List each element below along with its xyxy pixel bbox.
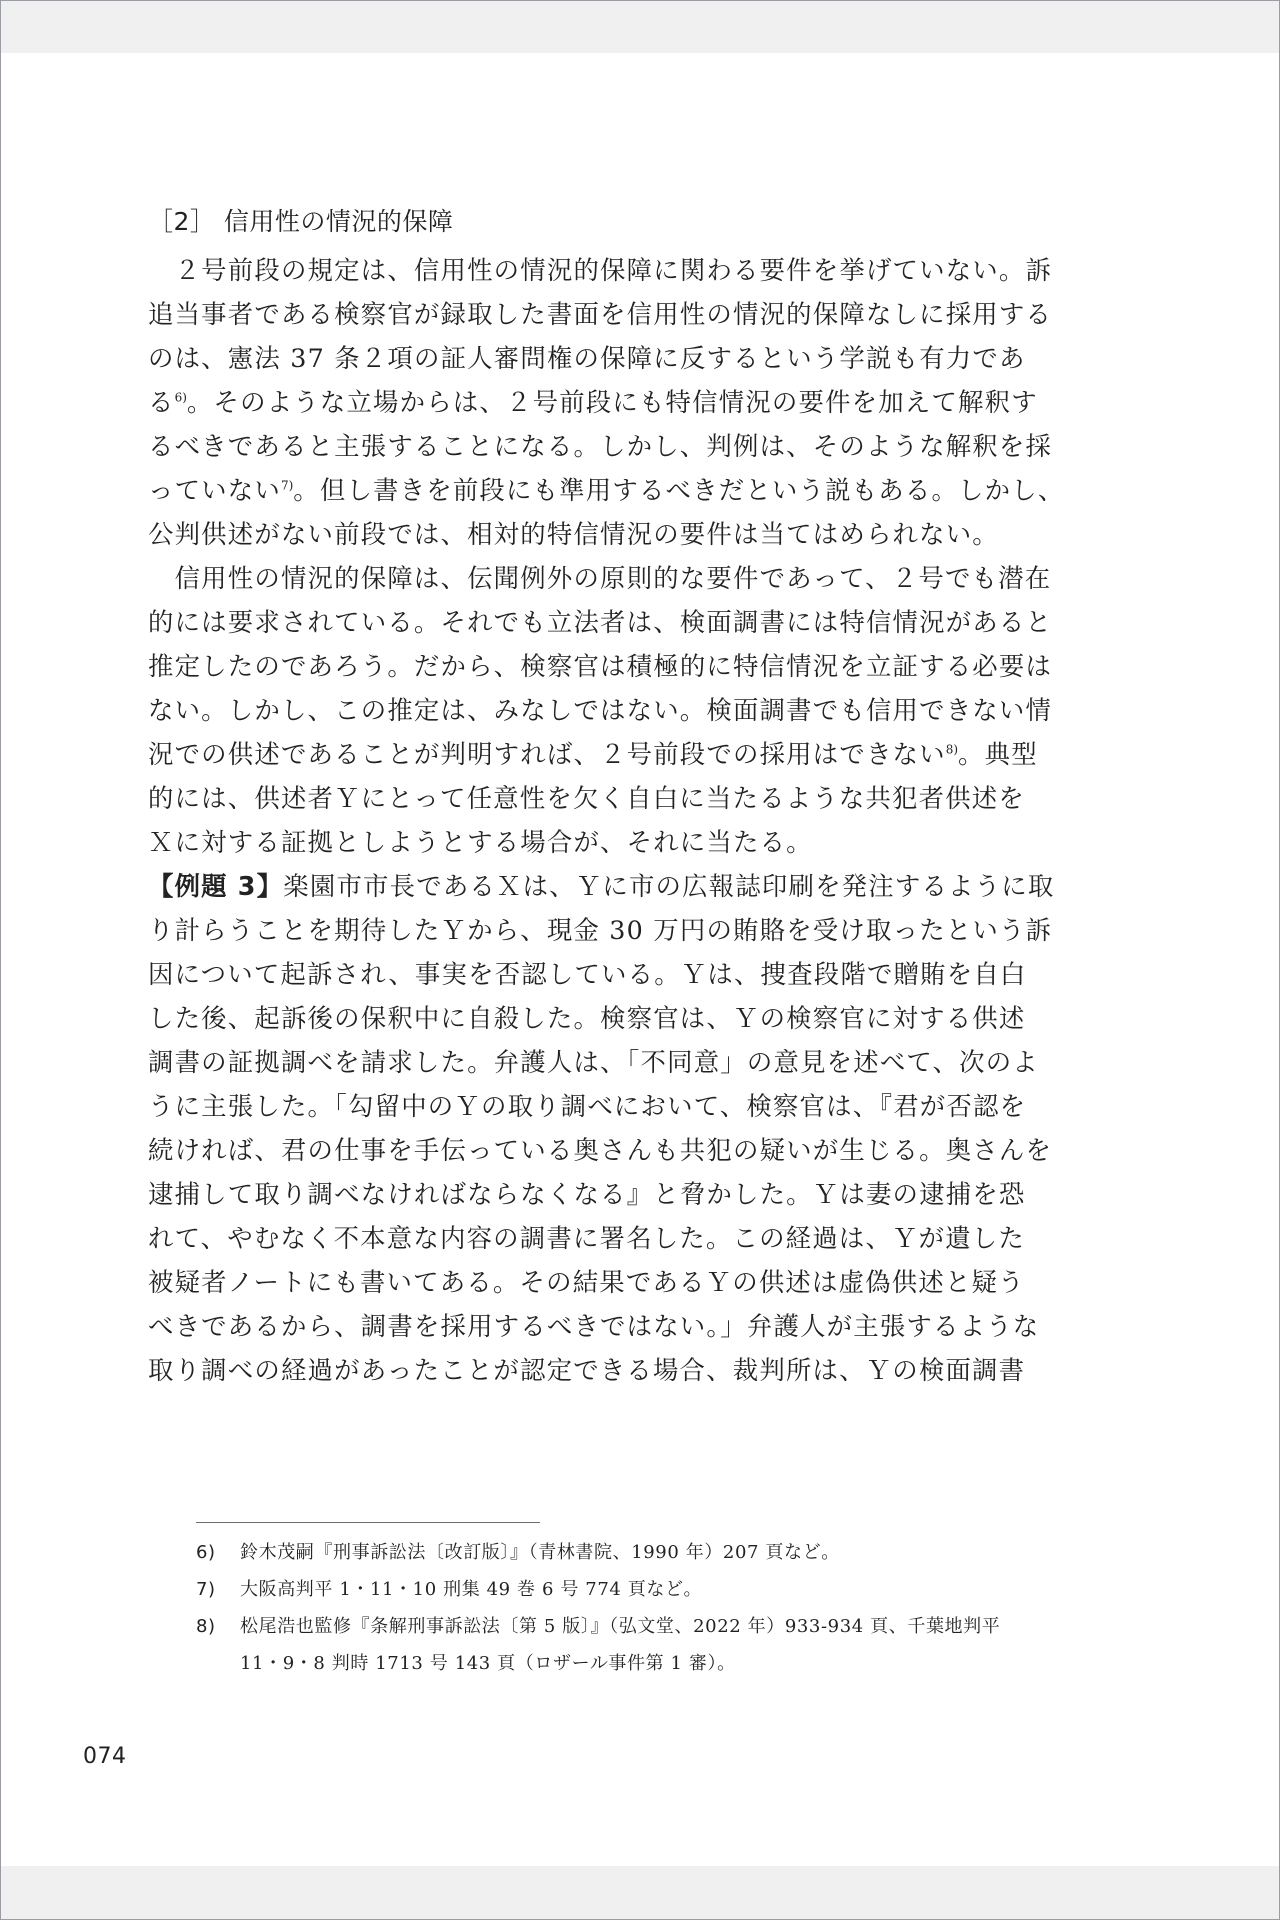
- body-line: るべきであると主張することになる。しかし、判例は、そのような解釈を採: [148, 424, 1108, 468]
- footnote-number: 8): [196, 1608, 240, 1645]
- footnote-8-continuation: 11・9・8 判時 1713 号 143 頁（ロザール事件第 1 審）。: [196, 1645, 1116, 1682]
- body-text: っていない: [148, 475, 281, 505]
- section-heading: ［2］ 信用性の情況的保障: [148, 204, 1108, 240]
- body-text: 。典型: [958, 739, 1038, 769]
- body-line: 推定したのであろう。だから、検察官は積極的に特信情況を立証する必要は: [148, 644, 1108, 688]
- example-line: 【例題 3】楽園市市長であるＸは、Ｙに市の広報誌印刷を発注するように取: [148, 864, 1108, 908]
- body-text: 況での供述であることが判明すれば、２号前段での採用はできない: [148, 739, 946, 769]
- example-line: した後、起訴後の保釈中に自殺した。検察官は、Ｙの検察官に対する供述: [148, 996, 1108, 1040]
- example-line: 被疑者ノートにも書いてある。その結果であるＹの供述は虚偽供述と疑う: [148, 1260, 1108, 1304]
- body-line: Ｘに対する証拠としようとする場合が、それに当たる。: [148, 820, 1108, 864]
- footnote-text: 松尾浩也監修『条解刑事訴訟法〔第 5 版〕』（弘文堂、2022 年）933-93…: [240, 1608, 1000, 1645]
- example-line: 逮捕して取り調べなければならなくなる』と脅かした。Ｙは妻の逮捕を恐: [148, 1172, 1108, 1216]
- body-text: 。但し書きを前段にも準用するべきだという説もある。しかし、: [293, 475, 1064, 505]
- footnote-number: 7): [196, 1571, 240, 1608]
- body-text: る: [148, 387, 175, 417]
- body-line: 的には、供述者Ｙにとって任意性を欠く自白に当たるような共犯者供述を: [148, 776, 1108, 820]
- footnote-text: 大阪高判平 1・11・10 刑集 49 巻 6 号 774 頁など。: [240, 1571, 702, 1608]
- body-line: ２号前段の規定は、信用性の情況的保障に関わる要件を挙げていない。訴: [148, 248, 1108, 292]
- footnote-ref-6[interactable]: 6): [175, 391, 187, 405]
- body-line: ない。しかし、この推定は、みなしではない。検面調書でも信用できない情: [148, 688, 1108, 732]
- footnote-ref-7[interactable]: 7): [281, 479, 293, 493]
- bottom-margin-band: [1, 1866, 1279, 1919]
- footnote-ref-8[interactable]: 8): [946, 743, 958, 757]
- example-line: 因について起訴され、事実を否認している。Ｙは、捜査段階で贈賄を自白: [148, 952, 1108, 996]
- footnote-text: 鈴木茂嗣『刑事訴訟法〔改訂版〕』（青林書院、1990 年）207 頁など。: [240, 1534, 840, 1571]
- example-text: 楽園市市長であるＸは、Ｙに市の広報誌印刷を発注するように取: [283, 871, 1054, 901]
- example-line: 続ければ、君の仕事を手伝っている奥さんも共犯の疑いが生じる。奥さんを: [148, 1128, 1108, 1172]
- body-line: 的には要求されている。それでも立法者は、検面調書には特信情況があると: [148, 600, 1108, 644]
- body-line: のは、憲法 37 条２項の証人審問権の保障に反するという学説も有力であ: [148, 336, 1108, 380]
- body-line: 況での供述であることが判明すれば、２号前段での採用はできない8)。典型: [148, 732, 1108, 776]
- page-body: ［2］ 信用性の情況的保障 ２号前段の規定は、信用性の情況的保障に関わる要件を挙…: [148, 204, 1108, 1392]
- example-line: れて、やむなく不本意な内容の調書に署名した。この経過は、Ｙが遺した: [148, 1216, 1108, 1260]
- footnotes: 6) 鈴木茂嗣『刑事訴訟法〔改訂版〕』（青林書院、1990 年）207 頁など。…: [196, 1534, 1116, 1682]
- footnote-6: 6) 鈴木茂嗣『刑事訴訟法〔改訂版〕』（青林書院、1990 年）207 頁など。: [196, 1534, 1116, 1571]
- example-line: うに主張した。「勾留中のＹの取り調べにおいて、検察官は、『君が否認を: [148, 1084, 1108, 1128]
- body-line: っていない7)。但し書きを前段にも準用するべきだという説もある。しかし、: [148, 468, 1108, 512]
- body-line: 公判供述がない前段では、相対的特信情況の要件は当てはめられない。: [148, 512, 1108, 556]
- footnote-number: 6): [196, 1534, 240, 1571]
- example-line: 調書の証拠調べを請求した。弁護人は、「不同意」の意見を述べて、次のよ: [148, 1040, 1108, 1084]
- body-line: る6)。そのような立場からは、２号前段にも特信情況の要件を加えて解釈す: [148, 380, 1108, 424]
- footnote-divider: [196, 1522, 540, 1523]
- body-line: 信用性の情況的保障は、伝聞例外の原則的な要件であって、２号でも潜在: [148, 556, 1108, 600]
- example-line: べきであるから、調書を採用するべきではない。」弁護人が主張するような: [148, 1304, 1108, 1348]
- page-number: 074: [83, 1744, 127, 1769]
- footnote-8: 8) 松尾浩也監修『条解刑事訴訟法〔第 5 版〕』（弘文堂、2022 年）933…: [196, 1608, 1116, 1645]
- top-margin-band: [1, 1, 1279, 53]
- footnote-7: 7) 大阪高判平 1・11・10 刑集 49 巻 6 号 774 頁など。: [196, 1571, 1116, 1608]
- example-line: 取り調べの経過があったことが認定できる場合、裁判所は、Ｙの検面調書: [148, 1348, 1108, 1392]
- body-text: 。そのような立場からは、２号前段にも特信情況の要件を加えて解釈す: [187, 387, 1038, 417]
- example-label: 【例題 3】: [148, 871, 283, 901]
- body-line: 追当事者である検察官が録取した書面を信用性の情況的保障なしに採用する: [148, 292, 1108, 336]
- example-line: り計らうことを期待したＹから、現金 30 万円の賄賂を受け取ったという訴: [148, 908, 1108, 952]
